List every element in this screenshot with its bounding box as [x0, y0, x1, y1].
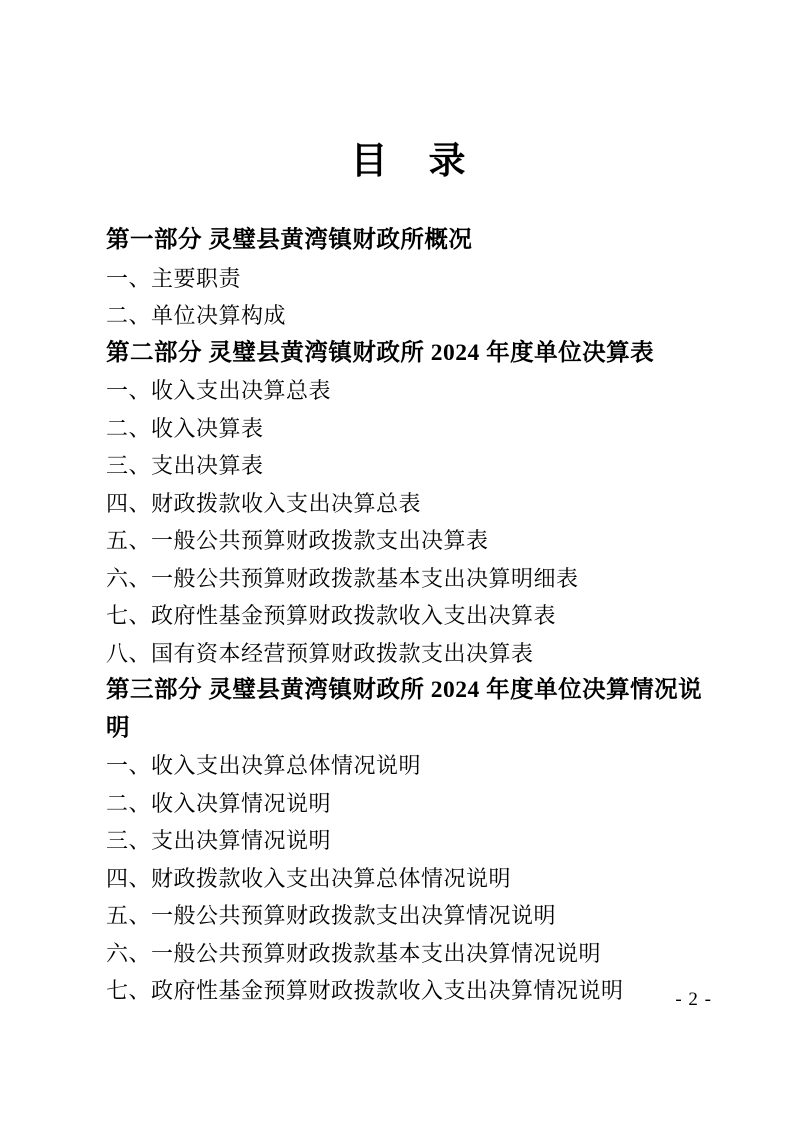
toc-item: 一、收入支出决算总表: [106, 372, 712, 410]
toc-item: 五、一般公共预算财政拨款支出决算情况说明: [106, 897, 712, 935]
toc-item: 一、主要职责: [106, 260, 712, 298]
toc-item: 四、财政拨款收入支出决算总体情况说明: [106, 860, 712, 898]
toc-item: 二、收入决算表: [106, 410, 712, 448]
toc-item: 六、一般公共预算财政拨款基本支出决算明细表: [106, 560, 712, 598]
toc-item: 八、国有资本经营预算财政拨款支出决算表: [106, 635, 712, 673]
toc-item: 一、收入支出决算总体情况说明: [106, 747, 712, 785]
toc-item: 五、一般公共预算财政拨款支出决算表: [106, 522, 712, 560]
toc-item: 四、财政拨款收入支出决算总表: [106, 485, 712, 523]
toc-list: 第一部分 灵璧县黄湾镇财政所概况 一、主要职责 二、单位决算构成 第二部分 灵璧…: [106, 222, 712, 1010]
toc-item: 六、一般公共预算财政拨款基本支出决算情况说明: [106, 935, 712, 973]
document-page: 目 录 第一部分 灵璧县黄湾镇财政所概况 一、主要职责 二、单位决算构成 第二部…: [0, 0, 793, 1122]
toc-section-heading: 第三部分 灵璧县黄湾镇财政所 2024 年度单位决算情况说明: [106, 672, 712, 747]
toc-section-heading: 第二部分 灵璧县黄湾镇财政所 2024 年度单位决算表: [106, 335, 712, 373]
toc-section-heading: 第一部分 灵璧县黄湾镇财政所概况: [106, 222, 712, 260]
page-number: - 2 -: [106, 988, 712, 1012]
page-title: 目 录: [106, 138, 712, 186]
toc-item: 二、单位决算构成: [106, 297, 712, 335]
toc-item: 二、收入决算情况说明: [106, 785, 712, 823]
toc-item: 七、政府性基金预算财政拨款收入支出决算表: [106, 597, 712, 635]
toc-item: 三、支出决算情况说明: [106, 822, 712, 860]
toc-item: 三、支出决算表: [106, 447, 712, 485]
